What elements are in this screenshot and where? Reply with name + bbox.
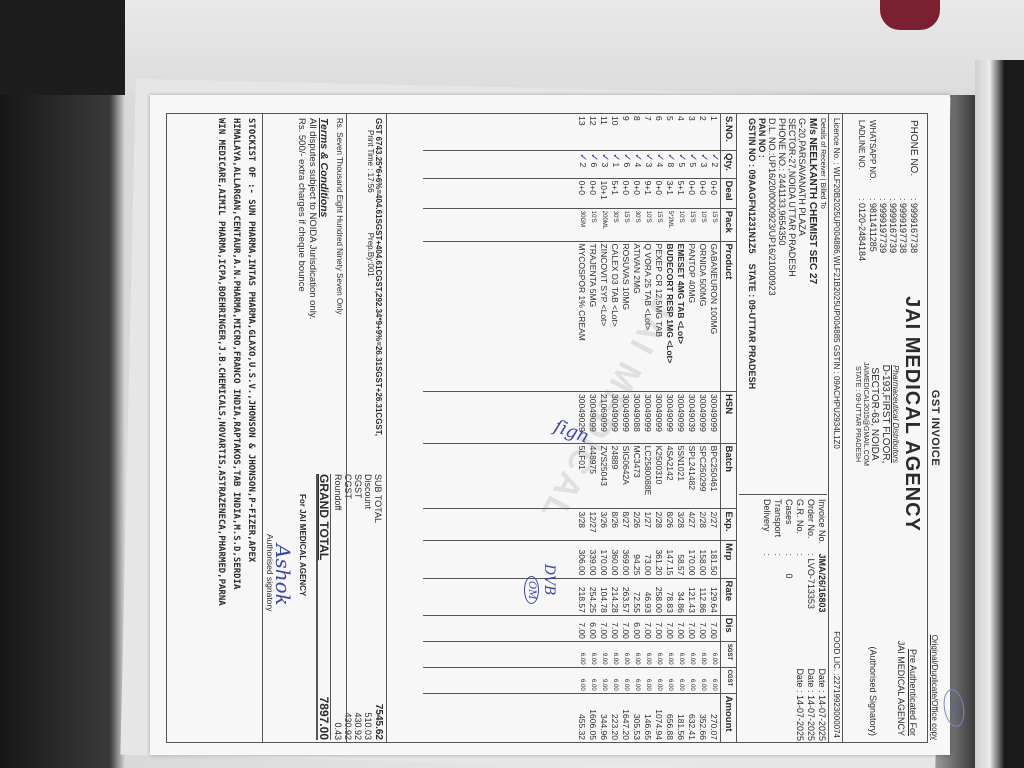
cell-sgst: 6.00 bbox=[632, 641, 643, 667]
cell-rate: 254.25 bbox=[588, 578, 599, 615]
cell-exp: 3/28 bbox=[676, 509, 687, 541]
totals-block: SUB TOTAL7545.62 Discount510.03 SGST430.… bbox=[316, 474, 383, 740]
cell-exp: 2/28 bbox=[654, 509, 665, 541]
pre-authentication: Pre Authenticated For JAI MEDICAL AGENCY… bbox=[867, 641, 919, 736]
cell-pack: 10'S bbox=[643, 208, 654, 241]
cell-amount: 223.20 bbox=[610, 693, 621, 742]
cell-deal: 0+0 bbox=[577, 178, 588, 208]
cell-dis: 7.00 bbox=[687, 615, 698, 641]
cell-rate: 104.78 bbox=[599, 578, 610, 615]
cell-sno: 6 bbox=[654, 114, 665, 151]
column-header: Mrp bbox=[721, 541, 738, 578]
cell-dis: 7.00 bbox=[577, 615, 588, 641]
cell-product: GABANEURON 100MG bbox=[709, 241, 721, 391]
cell-sgst: 6.00 bbox=[665, 641, 676, 667]
cell-pack: 10'S bbox=[698, 208, 709, 241]
cell-batch: SIG0642A bbox=[621, 443, 632, 509]
cell-deal: 0+0 bbox=[709, 178, 721, 208]
column-header: CGST bbox=[721, 667, 738, 693]
cell-rate: 258.00 bbox=[654, 578, 665, 615]
cell-pack: 5*2ML bbox=[665, 208, 676, 241]
cell-cgst: 6.00 bbox=[577, 667, 588, 693]
cell-product: ORNIDA 500MG bbox=[698, 241, 709, 391]
cell-cgst: 6.00 bbox=[665, 667, 676, 693]
cell-pack: 15'S bbox=[621, 208, 632, 241]
cell-pack: 15'S bbox=[687, 208, 698, 241]
cell-amount: 305.53 bbox=[632, 693, 643, 742]
cell-dis: 7.00 bbox=[621, 615, 632, 641]
cell-deal: 0+0 bbox=[687, 178, 698, 208]
copy-label: Original/Duplicate/Office copy bbox=[930, 635, 939, 740]
check-mark-icon: ✓ bbox=[698, 153, 709, 161]
cell-cgst: 6.00 bbox=[687, 667, 698, 693]
cell-mrp: 339.00 bbox=[588, 541, 599, 578]
check-mark-icon: ✓ bbox=[577, 153, 588, 161]
cell-dis: 7.00 bbox=[676, 615, 687, 641]
cell-qty: ✓3 bbox=[643, 151, 654, 178]
invoice-header: PHONE NO.: 9999167738 : 9999197738 : 999… bbox=[842, 114, 927, 742]
cell-mrp: 170.00 bbox=[599, 541, 610, 578]
cell-deal: 0+0 bbox=[621, 178, 632, 208]
company-name: JAI MEDICAL AGENCY bbox=[900, 284, 923, 544]
seller-company: JAI MEDICAL AGENCY Pharmaceutical Distri… bbox=[853, 284, 923, 544]
cell-exp: 3/26 bbox=[599, 509, 610, 541]
cell-sgst: 6.00 bbox=[654, 641, 665, 667]
cell-amount: 344.96 bbox=[599, 693, 610, 742]
cell-pack: 30'S bbox=[632, 208, 643, 241]
cell-hsn: 30049099 bbox=[643, 392, 654, 444]
invoice-photo: 10.85 GST INVOICE Original/Duplicate/Off… bbox=[150, 95, 950, 755]
cell-qty: ✓6 bbox=[588, 151, 599, 178]
cell-amount: 455.32 bbox=[577, 693, 588, 742]
cell-pack: 15'S bbox=[654, 208, 665, 241]
table-row: 7✓39+110'SQ VORA 25 TAB <Lot>30049099LC2… bbox=[643, 114, 654, 742]
cell-batch: SPC250299 bbox=[698, 443, 709, 509]
cell-rate: 121.43 bbox=[687, 578, 698, 615]
cell-batch: BPC250461 bbox=[709, 443, 721, 509]
cell-qty: ✓3 bbox=[599, 151, 610, 178]
sub-total: 7545.62 bbox=[373, 704, 383, 740]
cell-pack: 30'S bbox=[610, 208, 621, 241]
background-red-object bbox=[880, 0, 940, 30]
check-mark-icon: ✓ bbox=[676, 153, 687, 161]
cell-cgst: 6.00 bbox=[643, 667, 654, 693]
check-mark-icon: ✓ bbox=[610, 153, 621, 161]
cell-rate: 129.64 bbox=[709, 578, 721, 615]
cell-batch: LC2580088E bbox=[643, 443, 654, 509]
grand-total: 7897.00 bbox=[319, 697, 329, 740]
cell-sgst: 6.00 bbox=[698, 641, 709, 667]
cell-pack: 10'S bbox=[588, 208, 599, 241]
cell-sgst: 6.00 bbox=[621, 641, 632, 667]
cell-sno: 3 bbox=[687, 114, 698, 151]
cell-pack: 15'S bbox=[709, 208, 721, 241]
cell-rate: 78.83 bbox=[665, 578, 676, 615]
column-header: Exp. bbox=[721, 509, 738, 541]
receiver-name: M/s NEELKANTH CHEMIST SEC 27 bbox=[807, 118, 817, 488]
check-mark-icon: ✓ bbox=[632, 153, 643, 161]
cell-exp: 2/26 bbox=[632, 509, 643, 541]
table-row: 2✓30+010'SORNIDA 500MG30049099SPC2502992… bbox=[698, 114, 709, 742]
cell-batch: 24889 bbox=[610, 443, 621, 509]
cell-exp: 4/27 bbox=[687, 509, 698, 541]
cell-sgst: 6.00 bbox=[643, 641, 654, 667]
cell-exp: 3/28 bbox=[577, 509, 588, 541]
cell-exp: 1/27 bbox=[643, 509, 654, 541]
cell-dis: 7.00 bbox=[654, 615, 665, 641]
cell-batch: 5SN1021 bbox=[676, 443, 687, 509]
table-row: 9✓60+015'SROSUVAS 10MG30049099SIG0642A8/… bbox=[621, 114, 632, 742]
cell-sno: 8 bbox=[632, 114, 643, 151]
cell-hsn: 30049039 bbox=[687, 392, 698, 444]
cell-rate: 218.57 bbox=[577, 578, 588, 615]
cell-mrp: 181.50 bbox=[709, 541, 721, 578]
cell-cgst: 6.00 bbox=[621, 667, 632, 693]
cell-mrp: 73.00 bbox=[643, 541, 654, 578]
cell-deal: 3+1 bbox=[665, 178, 676, 208]
cell-cgst: 6.00 bbox=[610, 667, 621, 693]
table-row: 6✓40+015'SPEXEP CR 12.5MG TAB30049099K25… bbox=[654, 114, 665, 742]
cell-cgst: 6.00 bbox=[654, 667, 665, 693]
invoice-sheet: 10.85 GST INVOICE Original/Duplicate/Off… bbox=[150, 95, 950, 755]
cell-sno: 1 bbox=[709, 114, 721, 151]
terms-conditions: Terms & Conditions All disputes subject … bbox=[296, 118, 329, 320]
cell-dis: 7.00 bbox=[665, 615, 676, 641]
cell-amount: 181.56 bbox=[676, 693, 687, 742]
cell-cgst: 6.00 bbox=[632, 667, 643, 693]
cell-batch: K2500310 bbox=[654, 443, 665, 509]
cell-mrp: 147.15 bbox=[665, 541, 676, 578]
seller-phones: PHONE NO.: 9999167738 : 9999197738 : 999… bbox=[856, 120, 919, 261]
cell-rate: 34.86 bbox=[676, 578, 687, 615]
cell-sno: 7 bbox=[643, 114, 654, 151]
cell-pack: 10'S bbox=[676, 208, 687, 241]
column-header: Qty. bbox=[721, 151, 738, 178]
authorised-signatory: Authorised signatory bbox=[265, 534, 275, 612]
cell-exp: 8/26 bbox=[610, 509, 621, 541]
cell-cgst: 6.00 bbox=[698, 667, 709, 693]
check-mark-icon: ✓ bbox=[588, 153, 599, 161]
background-dark-corner bbox=[0, 0, 125, 95]
cell-dis: 6.00 bbox=[632, 615, 643, 641]
cell-deal: 0+0 bbox=[588, 178, 599, 208]
cell-amount: 352.66 bbox=[698, 693, 709, 742]
check-mark-icon: ✓ bbox=[621, 153, 632, 161]
cell-sgst: 6.00 bbox=[610, 641, 621, 667]
cell-amount: 270.07 bbox=[709, 693, 721, 742]
cell-product: TRAJENTA 5MG bbox=[588, 241, 599, 391]
cell-deal: 9+1 bbox=[643, 178, 654, 208]
receiver-section: Details of Receiver | Billed To M/s NEEL… bbox=[736, 114, 829, 742]
cell-dis: 7.00 bbox=[698, 615, 709, 641]
cell-qty: ✓3 bbox=[698, 151, 709, 178]
invoice-meta: Invoice No. JMA/26/16803 Date : 14-07-20… bbox=[739, 494, 827, 745]
cell-exp: 2/27 bbox=[709, 509, 721, 541]
check-mark-icon: ✓ bbox=[709, 153, 720, 161]
company-tagline: Pharmaceutical Distributors bbox=[891, 284, 900, 544]
cell-hsn: 30049099 bbox=[654, 392, 665, 444]
column-header: Dis bbox=[721, 615, 738, 641]
cell-qty: ✓8 bbox=[665, 151, 676, 178]
cell-rate: 263.57 bbox=[621, 578, 632, 615]
for-company: For JAI MEDICAL AGENCY bbox=[298, 494, 307, 596]
column-header: S.NO. bbox=[721, 114, 738, 151]
cell-sgst: 6.00 bbox=[709, 641, 721, 667]
cell-cgst: 6.00 bbox=[588, 667, 599, 693]
column-header: Amount bbox=[721, 693, 738, 742]
cell-deal: 0+0 bbox=[654, 178, 665, 208]
cell-exp: 12/27 bbox=[588, 509, 599, 541]
licence-row: Licence No. : WLF20B2025UP004886,WLF21B2… bbox=[828, 114, 843, 742]
cell-dis: 6.00 bbox=[588, 615, 599, 641]
cell-exp: 2/28 bbox=[698, 509, 709, 541]
cell-deal: 0+0 bbox=[632, 178, 643, 208]
cell-mrp: 361.20 bbox=[654, 541, 665, 578]
stockist-list: STOCKIST OF :- SUN PHARMA,INTAS PHARMA,G… bbox=[209, 114, 263, 742]
cell-amount: 1606.05 bbox=[588, 693, 599, 742]
cell-product: MYCOSPOR 1% CREAM bbox=[577, 241, 588, 391]
cell-qty: ✓6 bbox=[621, 151, 632, 178]
table-row: 5✓83+15*2MLBUDECORT RESP 1MG <Lot>300490… bbox=[665, 114, 676, 742]
cell-amount: 1647.20 bbox=[621, 693, 632, 742]
cell-rate: 112.86 bbox=[698, 578, 709, 615]
cell-sno: 9 bbox=[621, 114, 632, 151]
cell-qty: ✓4 bbox=[632, 151, 643, 178]
cell-pack: 200ML bbox=[599, 208, 610, 241]
cell-hsn: 30049099 bbox=[709, 392, 721, 444]
column-header: Pack bbox=[721, 208, 738, 241]
cell-dis: 7.00 bbox=[610, 615, 621, 641]
column-header: HSN bbox=[721, 392, 738, 444]
cell-dis: 7.00 bbox=[599, 615, 610, 641]
column-header: Batch bbox=[721, 443, 738, 509]
cell-cgst: 6.00 bbox=[676, 667, 687, 693]
receiver-details: Details of Receiver | Billed To M/s NEEL… bbox=[747, 118, 827, 488]
cell-cgst: 6.00 bbox=[709, 667, 721, 693]
cell-batch: MC3473 bbox=[632, 443, 643, 509]
cell-mrp: 369.00 bbox=[621, 541, 632, 578]
invoice-frame: GST INVOICE Original/Duplicate/Office co… bbox=[166, 113, 928, 743]
cell-hsn: 30049099 bbox=[698, 392, 709, 444]
invoice-number: JMA/26/16803 bbox=[817, 554, 827, 613]
cell-sno: 13 bbox=[577, 114, 588, 151]
background-right-edge bbox=[975, 60, 1024, 768]
cell-mrp: 58.57 bbox=[676, 541, 687, 578]
cell-sgst: 9.00 bbox=[599, 641, 610, 667]
table-row: 1✓20+015'SGABANEURON 100MG30049099BPC250… bbox=[709, 114, 721, 742]
cell-rate: 214.28 bbox=[610, 578, 621, 615]
check-mark-icon: ✓ bbox=[643, 153, 654, 161]
column-header: Deal bbox=[721, 178, 738, 208]
cell-hsn: 30049099 bbox=[665, 392, 676, 444]
cell-qty: ✓2 bbox=[709, 151, 721, 178]
cell-pack: 30GM bbox=[577, 208, 588, 241]
cell-batch: 4SA2142 bbox=[665, 443, 676, 509]
cell-mrp: 306.00 bbox=[577, 541, 588, 578]
table-row: 3✓50+015'SPANTOP 40MG30049039SPL2414824/… bbox=[687, 114, 698, 742]
cell-mrp: 170.00 bbox=[687, 541, 698, 578]
cell-mrp: 158.00 bbox=[698, 541, 709, 578]
amount-in-words: Rs. Seven Thousand Eight Hundred Ninety … bbox=[331, 114, 347, 742]
cell-rate: 46.93 bbox=[643, 578, 654, 615]
cell-cgst: 9.00 bbox=[599, 667, 610, 693]
table-row: 4✓55+110'SEMESET 4MG TAB <Lot>300490995S… bbox=[676, 114, 687, 742]
cell-sno: 12 bbox=[588, 114, 599, 151]
cell-qty: ✓5 bbox=[687, 151, 698, 178]
cell-amount: 632.41 bbox=[687, 693, 698, 742]
cell-amount: 1074.94 bbox=[654, 693, 665, 742]
cell-dis: 7.00 bbox=[643, 615, 654, 641]
cell-hsn: 30049099 bbox=[676, 392, 687, 444]
cell-mrp: 360.00 bbox=[610, 541, 621, 578]
cell-product: PANTOP 40MG bbox=[687, 241, 698, 391]
cell-sno: 11 bbox=[599, 114, 610, 151]
check-mark-icon: ✓ bbox=[599, 153, 610, 161]
cell-exp: 8/27 bbox=[621, 509, 632, 541]
cell-qty: ✓4 bbox=[654, 151, 665, 178]
cell-sno: 2 bbox=[698, 114, 709, 151]
cell-sno: 5 bbox=[665, 114, 676, 151]
cell-sgst: 6.00 bbox=[588, 641, 599, 667]
check-mark-icon: ✓ bbox=[687, 153, 698, 161]
cell-batch: SPL241482 bbox=[687, 443, 698, 509]
table-row: 8✓40+030'SATIVAN 2MG30049088MC34732/2694… bbox=[632, 114, 643, 742]
cell-sgst: 6.00 bbox=[577, 641, 588, 667]
page-stamp: 10.85 bbox=[941, 688, 967, 729]
check-mark-icon: ✓ bbox=[654, 153, 665, 161]
cell-qty: ✓5 bbox=[676, 151, 687, 178]
cell-mrp: 94.25 bbox=[632, 541, 643, 578]
print-info: Print Time : 17:56Prep.By:001 bbox=[366, 130, 375, 317]
cell-amount: 146.65 bbox=[643, 693, 654, 742]
cell-qty: ✓2 bbox=[577, 151, 588, 178]
cell-qty: ✓1 bbox=[610, 151, 621, 178]
cell-rate: 72.55 bbox=[632, 578, 643, 615]
cell-sgst: 6.00 bbox=[687, 641, 698, 667]
check-mark-icon: ✓ bbox=[665, 153, 676, 161]
cell-sno: 4 bbox=[676, 114, 687, 151]
handwritten-note: DVB bbox=[541, 564, 557, 595]
cell-sgst: 6.00 bbox=[676, 641, 687, 667]
cell-amount: 656.88 bbox=[665, 693, 676, 742]
cell-sno: 10 bbox=[610, 114, 621, 151]
cell-deal: 5+1 bbox=[610, 178, 621, 208]
cell-deal: 10+1 bbox=[599, 178, 610, 208]
column-header: SGST bbox=[721, 641, 738, 667]
column-header: Product bbox=[721, 241, 738, 391]
cell-dis: 7.00 bbox=[709, 615, 721, 641]
cell-deal: 0+0 bbox=[698, 178, 709, 208]
cell-deal: 5+1 bbox=[676, 178, 687, 208]
cell-exp: 8/26 bbox=[665, 509, 676, 541]
column-header: Rate bbox=[721, 578, 738, 615]
